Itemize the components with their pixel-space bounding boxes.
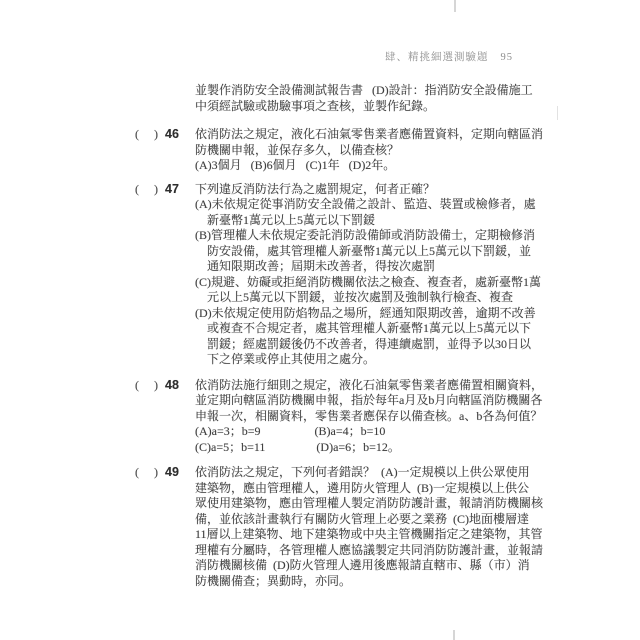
question-number-47: 47 xyxy=(165,182,187,198)
scan-artifact xyxy=(557,106,558,120)
question-number-49: 49 xyxy=(165,465,187,481)
answer-blank-47: ( ) xyxy=(135,182,165,198)
question-48: ( ) 48 依消防法施行細則之規定，液化石油氣零售業者應備置相關資料， 並定期… xyxy=(135,378,549,456)
question-46: ( ) 46 依消防法之規定，液化石油氣零售業者應備置資料，定期向轄區消 防機關… xyxy=(135,127,549,174)
answer-blank-49: ( ) xyxy=(135,465,165,481)
running-head: 肆、精挑細選測驗題 95 xyxy=(385,49,513,64)
question-text-48: 依消防法施行細則之規定，液化石油氣零售業者應備置相關資料， 並定期向轄區消防機關… xyxy=(195,378,549,456)
answer-blank-46: ( ) xyxy=(135,127,165,143)
crop-mark-bottom xyxy=(453,630,455,640)
chapter-title: 肆、精挑細選測驗題 xyxy=(385,49,489,64)
question-49: ( ) 49 依消防法之規定，下列何者錯誤？ (A)一定規模以上供公眾使用 建築… xyxy=(135,465,549,589)
book-page: 肆、精挑細選測驗題 95 並製作消防安全設備測試報告書 (D)設計：指消防安全設… xyxy=(0,0,640,640)
answer-blank-48: ( ) xyxy=(135,378,165,394)
question-text-46: 依消防法之規定，液化石油氣零售業者應備置資料，定期向轄區消 防機關申報，並保存多… xyxy=(195,127,549,174)
page-number: 95 xyxy=(501,52,514,63)
question-47: ( ) 47 下列違反消防法行為之處罰規定，何者正確？ (A)未依規定從事消防安… xyxy=(135,182,549,368)
question-45-continuation-text: 並製作消防安全設備測試報告書 (D)設計：指消防安全設備施工 中須經試驗或勘驗事… xyxy=(195,83,547,114)
question-text-47: 下列違反消防法行為之處罰規定，何者正確？ (A)未依規定從事消防安全設備之設計、… xyxy=(195,182,549,368)
page-content: 並製作消防安全設備測試報告書 (D)設計：指消防安全設備施工 中須經試驗或勘驗事… xyxy=(135,83,549,589)
question-text-49: 依消防法之規定，下列何者錯誤？ (A)一定規模以上供公眾使用 建築物，應由管理權… xyxy=(195,465,549,589)
question-number-46: 46 xyxy=(165,127,187,143)
crop-mark-top xyxy=(454,0,456,12)
question-number-48: 48 xyxy=(165,378,187,394)
